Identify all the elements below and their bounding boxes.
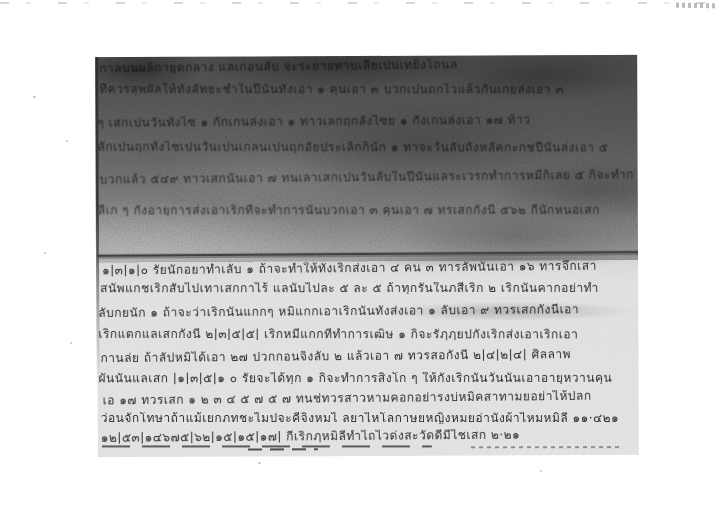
scanner-edge-artifact [0, 2, 720, 4]
scan-speck [540, 470, 542, 472]
handwritten-line: ลักเปนฤกทั่งไซเปนวันเปนเกลนเปนฤกอัยประเล… [98, 141, 609, 154]
scanned-manuscript: กาลบนผลิกายุตกลาง แลเกอนลับ จะระยายทาบเล… [96, 55, 639, 457]
scan-speck [66, 140, 68, 142]
scan-speck [44, 252, 46, 254]
underline-mark [102, 445, 432, 447]
scanner-corner-speckle [676, 3, 716, 9]
handwritten-line: ทีควรสุพผัลให้ทังลัทธะชำในปีนั้นทั้งเอา … [99, 83, 564, 95]
underline-mark [248, 448, 318, 450]
handwritten-line: สนัพแกชเริกสับไปเทาเสกกาไร้ แลนับไปละ ๕ … [100, 282, 599, 294]
underline-mark [471, 446, 621, 448]
scan-speck [33, 96, 36, 98]
scanned-page: { "colors": { "page_background": "#fffff… [0, 0, 720, 509]
handwritten-line: ผันนั้นแลเสก |๑|๓|๕|๑ ๐ รัยจะได้ทุก ๑ กิ… [99, 372, 613, 384]
handwritten-line: เริกแตกแลเสกกังนี้ ๒|๓|๕|๕| เริกหมี่แกกท… [98, 328, 578, 340]
scan-speck [258, 462, 261, 464]
scan-speck [70, 342, 72, 344]
handwritten-line: ลีเก ๆ กังอายุการส่งเอาเริกที่จะทำการนั้… [98, 204, 600, 216]
handwritten-line: ว่อนจักโทษาถ้าแม้เยกภทชะไมปจะคีจิงหมไ ลย… [101, 412, 619, 424]
